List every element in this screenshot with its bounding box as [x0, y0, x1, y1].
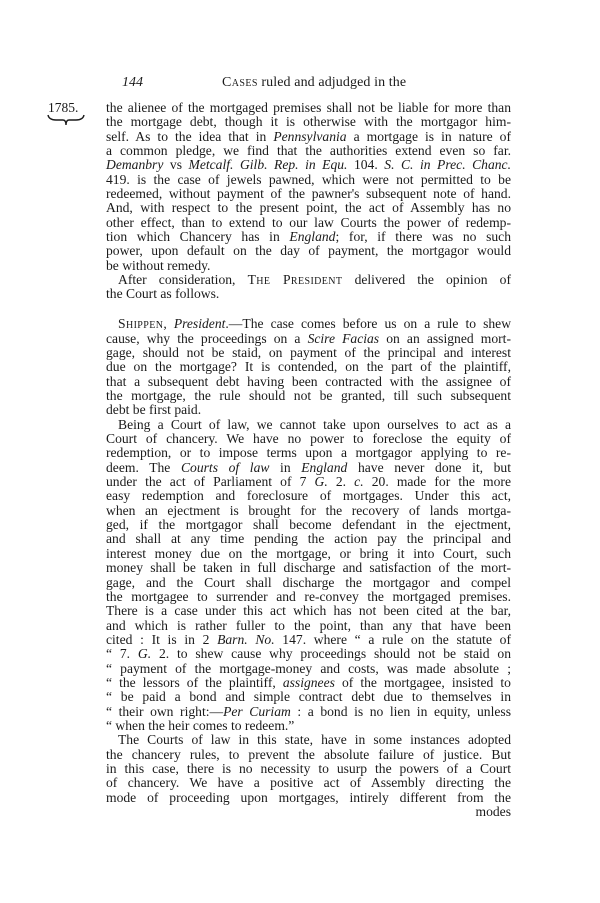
text-line: redeemed, without payment of the pawner'…	[106, 187, 511, 201]
italic-text: Courts of law	[181, 460, 269, 475]
small-caps-text: Shippen	[118, 316, 163, 331]
text-line: under the act of Parliament of 7 G. 2. c…	[106, 475, 511, 489]
text-line: Demanbry vs Metcalf. Gilb. Rep. in Equ. …	[106, 158, 511, 172]
text-line: After consideration, The President deliv…	[106, 273, 511, 287]
text-line: deem. The Courts of law in England have …	[106, 461, 511, 475]
page-number: 144	[122, 75, 143, 91]
text-line: gage, should not be staid, on payment of…	[106, 346, 511, 360]
italic-text: Per Curiam	[223, 704, 291, 719]
text-line: the chancery rules, to prevent the absol…	[106, 748, 511, 762]
italic-text: Demanbry	[106, 157, 163, 172]
small-caps-text: The President	[248, 272, 343, 287]
text-line: redemption, or to impose terms upon a mo…	[106, 446, 511, 460]
text-line: other effect, than to extend to our law …	[106, 216, 511, 230]
italic-text: G.	[138, 646, 151, 661]
text-line: power, upon default on the day of paymen…	[106, 244, 511, 258]
text-line: the mortgagee to surrender and re-convey…	[106, 590, 511, 604]
text-line: cause, why the proceedings on a Scire Fa…	[106, 332, 511, 346]
text-line: easy redemption and foreclosure of mortg…	[106, 489, 511, 503]
italic-text: Pennsylvania	[273, 129, 346, 144]
text-line: in this case, there is no necessity to u…	[106, 762, 511, 776]
text-line: “ the lessors of the plaintiff, assignee…	[106, 676, 511, 690]
italic-text: c.	[354, 474, 363, 489]
text-line: tion which Chancery has in England; for,…	[106, 230, 511, 244]
text-line: cited : It is in 2 Barn. No. 147. where …	[106, 633, 511, 647]
text-line: and shall at any time pending the action…	[106, 532, 511, 546]
italic-text: Metcalf. Gilb. Rep. in Equ.	[189, 157, 348, 172]
text-line: interest money due on the mortgage, or b…	[106, 547, 511, 561]
text-line: debt be first paid.	[106, 403, 511, 417]
text-line: the mortgage debt, though it is otherwis…	[106, 115, 511, 129]
text-line: of chancery. We have a positive act of A…	[106, 776, 511, 790]
text-line: due on the mortgage? It is contended, on…	[106, 360, 511, 374]
text-line: There is a case under this act which has…	[106, 604, 511, 618]
text-line: 419. is the case of jewels pawned, which…	[106, 173, 511, 187]
text-line: ged, if the mortgagor shall become defen…	[106, 518, 511, 532]
text-line: the mortgage, the rule should not be gra…	[106, 389, 511, 403]
text-line: The Courts of law in this state, have in…	[106, 733, 511, 747]
text-line: Being a Court of law, we cannot take upo…	[106, 418, 511, 432]
italic-text: President	[174, 316, 226, 331]
italic-text: Scire Facias	[308, 331, 380, 346]
text-line: “ be paid a bond and simple contract deb…	[106, 690, 511, 704]
text-line: the alienee of the mortgaged premises sh…	[106, 101, 511, 115]
italic-text: Barn. No.	[217, 632, 275, 647]
body-text: the alienee of the mortgaged premises sh…	[106, 101, 511, 819]
italic-text: G.	[315, 474, 328, 489]
text-line: self. As to the idea that in Pennsylvani…	[106, 130, 511, 144]
text-line: “ payment of the mortgage-money and cost…	[106, 662, 511, 676]
text-line: Shippen, President.—The case comes befor…	[106, 317, 511, 331]
text-line: And, with respect to the present point, …	[106, 201, 511, 215]
text-line: the Court as follows.	[106, 287, 511, 301]
paragraph-gap	[106, 302, 511, 318]
text-line: and which is rather fuller to the point,…	[106, 619, 511, 633]
text-line: mode of proceeding upon mortgages, intir…	[106, 791, 511, 805]
text-line: “ their own right:—Per Curiam : a bond i…	[106, 705, 511, 719]
running-title-caps: Cases	[222, 75, 258, 90]
text-line: that a subsequent debt having been contr…	[106, 375, 511, 389]
text-line: a common pledge, we find that the author…	[106, 144, 511, 158]
text-line: “ when the heir comes to redeem.”	[106, 719, 511, 733]
text-line: “ 7. G. 2. to shew cause why proceedings…	[106, 647, 511, 661]
text-line: money shall be taken in full discharge a…	[106, 561, 511, 575]
running-head: 144 Cases ruled and adjudged in the	[122, 75, 512, 93]
italic-text: England	[301, 460, 347, 475]
running-title: Cases ruled and adjudged in the	[222, 75, 406, 91]
text-line: gage, and the Court shall discharge the …	[106, 576, 511, 590]
brace-icon	[46, 114, 86, 126]
running-title-rest: ruled and adjudged in the	[258, 75, 406, 90]
italic-text: assignees	[283, 675, 335, 690]
book-page: 144 Cases ruled and adjudged in the 1785…	[0, 0, 600, 903]
italic-text: S. C. in Prec. Chanc.	[384, 157, 511, 172]
text-line: modes	[106, 805, 511, 819]
text-line: when an ejectment is brought for the rec…	[106, 504, 511, 518]
text-line: be without remedy.	[106, 259, 511, 273]
text-line: Court of chancery. We have no power to f…	[106, 432, 511, 446]
italic-text: England	[289, 229, 335, 244]
